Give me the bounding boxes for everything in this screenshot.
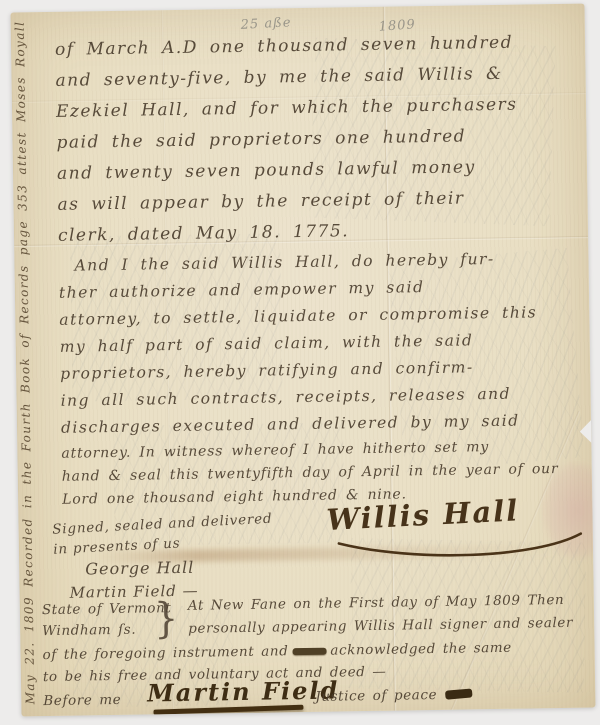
- crossed-out-word: [292, 648, 326, 656]
- before-me-label: Before me: [43, 692, 121, 709]
- signature-flourish: [335, 532, 587, 564]
- notary-place: Windham ſs.: [42, 622, 136, 639]
- witness-signature: George Hall: [85, 558, 194, 579]
- pencil-annotation: 25 aße: [240, 15, 292, 33]
- notary-line-text: acknowledged the same: [330, 640, 512, 659]
- martin-field-signature: Martin Field: [147, 675, 340, 707]
- justice-title: Justice of peace: [315, 687, 437, 705]
- notary-place: State of Vermont: [42, 600, 172, 618]
- manuscript-body: of March A.D one thousand seven hundred …: [55, 32, 586, 515]
- manuscript-page: 25 aße 1809 May 22. 1809 Recorded in the…: [11, 4, 596, 717]
- pencil-annotation: 1809: [378, 17, 416, 34]
- brace-glyph: }: [154, 594, 179, 643]
- witness-signature: Martin Field —: [69, 582, 198, 602]
